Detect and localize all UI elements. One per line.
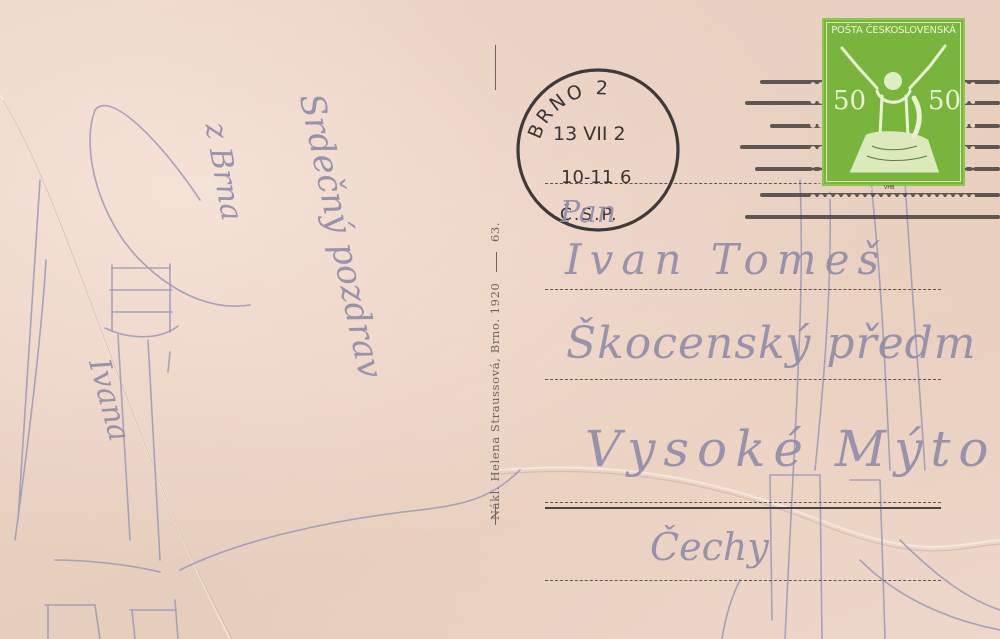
address-line-5	[545, 580, 941, 581]
address-country: Čechy	[650, 525, 769, 569]
address-salutation: Pan	[560, 195, 616, 230]
publisher-imprint: Nákl. Helena Straussová, Brno. 1920 63.	[488, 222, 502, 520]
stamp-country: POŠTA ČESKOSLOVENSKÁ	[822, 25, 965, 36]
address-name: Ivan Tomeš	[565, 235, 887, 284]
postmark-date: 13 VII 2	[553, 123, 626, 145]
address-town: Vysoké Mýto	[585, 420, 997, 478]
address-street: Škocenský předm	[566, 318, 977, 369]
address-line-2	[545, 289, 941, 290]
postmark-time: 10-11	[561, 167, 613, 188]
postcard-back: Nákl. Helena Straussová, Brno. 1920 63. …	[0, 0, 1000, 639]
imprint-dash	[496, 252, 497, 272]
stamp-value-left: 50	[833, 86, 866, 116]
address-line-4-solid	[545, 507, 941, 509]
divider-line-top	[495, 45, 496, 90]
stamp-value-right: 50	[928, 86, 961, 116]
publisher-number: 63.	[488, 222, 502, 242]
address-line-3	[545, 379, 941, 380]
stamp-designer-mark: VHB	[884, 185, 895, 191]
cancel-line	[745, 215, 1000, 219]
address-line-4	[545, 502, 941, 503]
postmark-suffix: 6	[620, 167, 631, 188]
publisher-text: Nákl. Helena Straussová, Brno. 1920	[488, 283, 502, 520]
